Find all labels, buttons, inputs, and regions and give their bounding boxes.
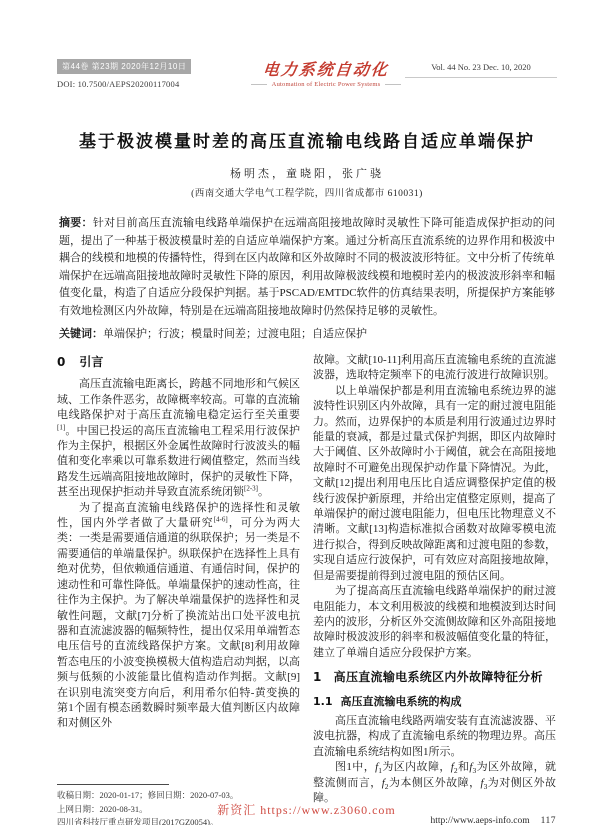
subsection-number: 1.1 xyxy=(313,695,333,708)
logo-divider-right xyxy=(385,84,401,85)
affiliation-line: (西南交通大学电气工程学院，四川省成都市 610031) xyxy=(57,185,557,199)
journal-name-cn: 电力系统自动化 xyxy=(262,57,390,80)
keywords-text: 单端保护；行波；模量时间差；过渡电阻；自适应保护 xyxy=(103,328,367,340)
section-title: 高压直流输电系统区内外故障特征分析 xyxy=(334,670,543,684)
footnote-divider xyxy=(57,784,169,785)
body-paragraph: 为了提高直流输电线路保护的选择性和灵敏性，国内外学者做了大量研究[4-6]，可分… xyxy=(57,501,300,732)
abstract-label: 摘要： xyxy=(59,216,93,229)
journal-name-en-row: Automation of Electric Power Systems xyxy=(247,81,405,88)
keywords-label: 关键词： xyxy=(59,327,103,340)
right-paragraphs-top: 故障。文献[10-11]利用高压直流输电系统的直流滤波器，选取特定频率下的电流行… xyxy=(313,353,556,661)
authors-line: 杨明杰，童晓阳，张广骁 xyxy=(57,165,557,181)
right-paragraphs-bottom: 高压直流输电线路两端安装有直流滤波器、平波电抗器，构成了直流输电系统的物理边界。… xyxy=(313,714,556,806)
section-number: 0 xyxy=(57,355,65,369)
body-paragraph: 以上单端保护都是利用直流输电系统边界的滤波特性识别区内外故障，具有一定的耐过渡电… xyxy=(313,384,556,584)
journal-page: 第44卷 第23期 2020年12月10日 DOI: 10.7500/AEPS2… xyxy=(0,0,613,825)
right-column: 故障。文献[10-11]利用高压直流输电系统的直流滤波器，选取特定频率下的电流行… xyxy=(313,353,556,825)
section-number: 1 xyxy=(313,670,322,684)
watermark-text: 新资汇 https://www.z3060.com xyxy=(0,801,613,818)
section-heading-introduction: 0引言 xyxy=(57,355,300,370)
header-left: 第44卷 第23期 2020年12月10日 DOI: 10.7500/AEPS2… xyxy=(57,56,247,89)
body-columns: 0引言 高压直流输电距离长，跨越不同地形和气候区域、工作条件恶劣，故障概率较高。… xyxy=(57,353,557,825)
page-header: 第44卷 第23期 2020年12月10日 DOI: 10.7500/AEPS2… xyxy=(57,56,557,89)
body-paragraph: 高压直流输电线路两端安装有直流滤波器、平波电抗器，构成了直流输电系统的物理边界。… xyxy=(313,714,556,760)
subsection-heading-1-1: 1.1高压直流输电系统的构成 xyxy=(313,694,556,709)
subsection-title: 高压直流输电系统的构成 xyxy=(341,695,462,708)
paper-title: 基于极波模量时差的高压直流输电线路自适应单端保护 xyxy=(57,127,557,152)
section-title: 引言 xyxy=(79,355,103,369)
left-paragraphs: 高压直流输电距离长，跨越不同地形和气候区域、工作条件恶劣，故障概率较高。可靠的直… xyxy=(57,377,300,731)
keywords-block: 关键词：单端保护；行波；模量时间差；过渡电阻；自适应保护 xyxy=(57,325,557,341)
left-column: 0引言 高压直流输电距离长，跨越不同地形和气候区域、工作条件恶劣，故障概率较高。… xyxy=(57,353,300,825)
body-paragraph: 高压直流输电距离长，跨越不同地形和气候区域、工作条件恶劣，故障概率较高。可靠的直… xyxy=(57,377,300,500)
volume-info: Vol. 44 No. 23 Dec. 10, 2020 xyxy=(405,62,557,78)
abstract-text: 针对目前高压直流输电线路单端保护在远端高阻接地故障时灵敏性下降可能造成保护拒动的… xyxy=(59,217,555,317)
journal-name-en: Automation of Electric Power Systems xyxy=(272,81,381,88)
section-heading-1: 1高压直流输电系统区内外故障特征分析 xyxy=(313,670,556,685)
issue-info-bar: 第44卷 第23期 2020年12月10日 xyxy=(57,59,191,74)
abstract-block: 摘要：针对目前高压直流输电线路单端保护在远端高阻接地故障时灵敏性下降可能造成保护… xyxy=(57,214,557,320)
body-paragraph: 故障。文献[10-11]利用高压直流输电系统的直流滤波器，选取特定频率下的电流行… xyxy=(313,353,556,384)
doi-text: DOI: 10.7500/AEPS20200117004 xyxy=(57,79,247,89)
body-paragraph: 为了提高高压直流输电线路单端保护的耐过渡电阻能力，本文利用极波的线模和地模波到达… xyxy=(313,584,556,661)
body-paragraph: 图1中，f1为区内故障，f2和f3为区外故障，就整流侧而言，f2为本侧区外故障，… xyxy=(313,760,556,806)
journal-logo: 电力系统自动化 Automation of Electric Power Sys… xyxy=(247,57,405,88)
logo-divider-left xyxy=(251,84,267,85)
